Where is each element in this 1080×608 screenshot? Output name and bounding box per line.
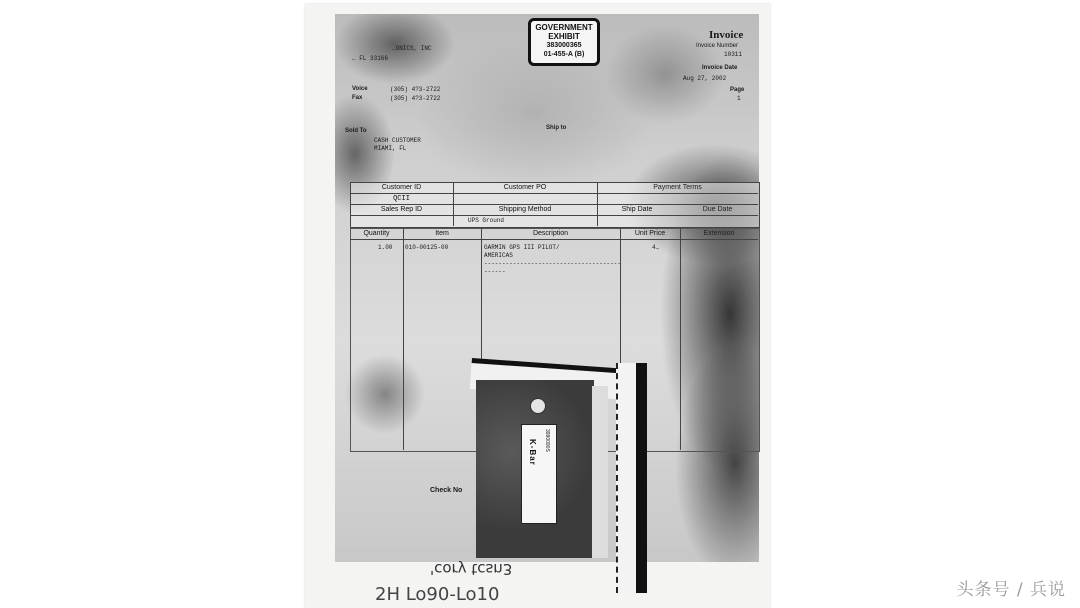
seller-city-zip: … FL 33166 <box>352 55 388 62</box>
header-payment-terms: Payment Terms <box>597 184 758 191</box>
stamp-line2: EXHIBIT <box>531 32 597 41</box>
row-item: 010-00125-00 <box>405 244 448 251</box>
stamp-line1: GOVERNMENT <box>531 23 597 32</box>
header-quantity: Quantity <box>350 230 403 237</box>
device-label: K-Bar 3990090S <box>521 424 557 524</box>
seller-name: …ONICS, INC <box>392 45 432 52</box>
header-item: Item <box>403 230 481 237</box>
label-serial: 3990090S <box>544 429 550 452</box>
header-description: Description <box>481 230 620 237</box>
gps-device-photo: K-Bar 3990090S <box>472 358 652 558</box>
device-side-strip <box>592 386 608 558</box>
value-customer-id: QCII <box>350 195 453 203</box>
divider <box>403 228 404 450</box>
header-extension: Extension <box>680 230 758 237</box>
device-edge <box>616 363 638 593</box>
government-exhibit-stamp: GOVERNMENT EXHIBIT 383000365 01-455-A (B… <box>528 18 600 66</box>
fax-value: (305) 4?3-2722 <box>390 95 440 102</box>
divider <box>350 193 758 194</box>
header-shipping-method: Shipping Method <box>453 206 597 213</box>
page-label: Page <box>730 87 744 93</box>
header-due-date: Due Date <box>677 206 758 213</box>
stamp-line4: 01-455-A (B) <box>531 50 597 59</box>
row-separator: -------------------------------------- <box>484 260 621 267</box>
voice-value: (305) 4?3-2722 <box>390 86 440 93</box>
sold-to-line1: CASH CUSTOMER <box>374 137 421 144</box>
label-brand: K-Bar <box>528 439 537 466</box>
divider <box>680 228 681 450</box>
value-shipping-method: UPS Ground <box>468 217 504 224</box>
check-no-label: Check No <box>430 487 462 494</box>
divider <box>350 215 758 216</box>
device-screw <box>530 398 546 414</box>
invoice-date-label: Invoice Date <box>702 65 737 71</box>
divider <box>350 239 758 240</box>
fax-label: Fax <box>352 95 362 101</box>
invoice-number-label: Invoice Number <box>696 43 738 49</box>
voice-label: Voice <box>352 86 368 92</box>
header-customer-po: Customer PO <box>453 184 597 191</box>
handwriting-line2: 2H Lo90-Lo10 <box>375 584 499 605</box>
invoice-number-value: 10311 <box>724 51 742 58</box>
header-ship-date: Ship Date <box>597 206 677 213</box>
invoice-date-value: Aug 27, 2002 <box>683 75 726 82</box>
row-description-line2: AMERICAS <box>484 252 513 259</box>
row-separator2: ------ <box>484 268 506 275</box>
row-unit-price: 4… <box>652 244 659 251</box>
stamp-line3: 383000365 <box>531 41 597 50</box>
header-customer-id: Customer ID <box>350 184 453 191</box>
sold-to-line2: MIAMI, FL <box>374 145 406 152</box>
header-sales-rep-id: Sales Rep ID <box>350 206 453 213</box>
sold-to-label: Sold To <box>345 128 367 134</box>
header-unit-price: Unit Price <box>620 230 680 237</box>
row-description-line1: GARMIN GPS III PILOT/ <box>484 244 560 251</box>
row-quantity: 1.00 <box>378 244 392 251</box>
invoice-title: Invoice <box>709 29 743 41</box>
watermark: 头条号 / 兵说 <box>956 575 1066 600</box>
device-edge-dark <box>636 363 647 593</box>
handwriting-line1: 'cory tcsn3 <box>430 560 512 578</box>
page-value: 1 <box>737 95 741 102</box>
divider <box>350 204 758 205</box>
ship-to-label: Ship to <box>546 125 566 131</box>
